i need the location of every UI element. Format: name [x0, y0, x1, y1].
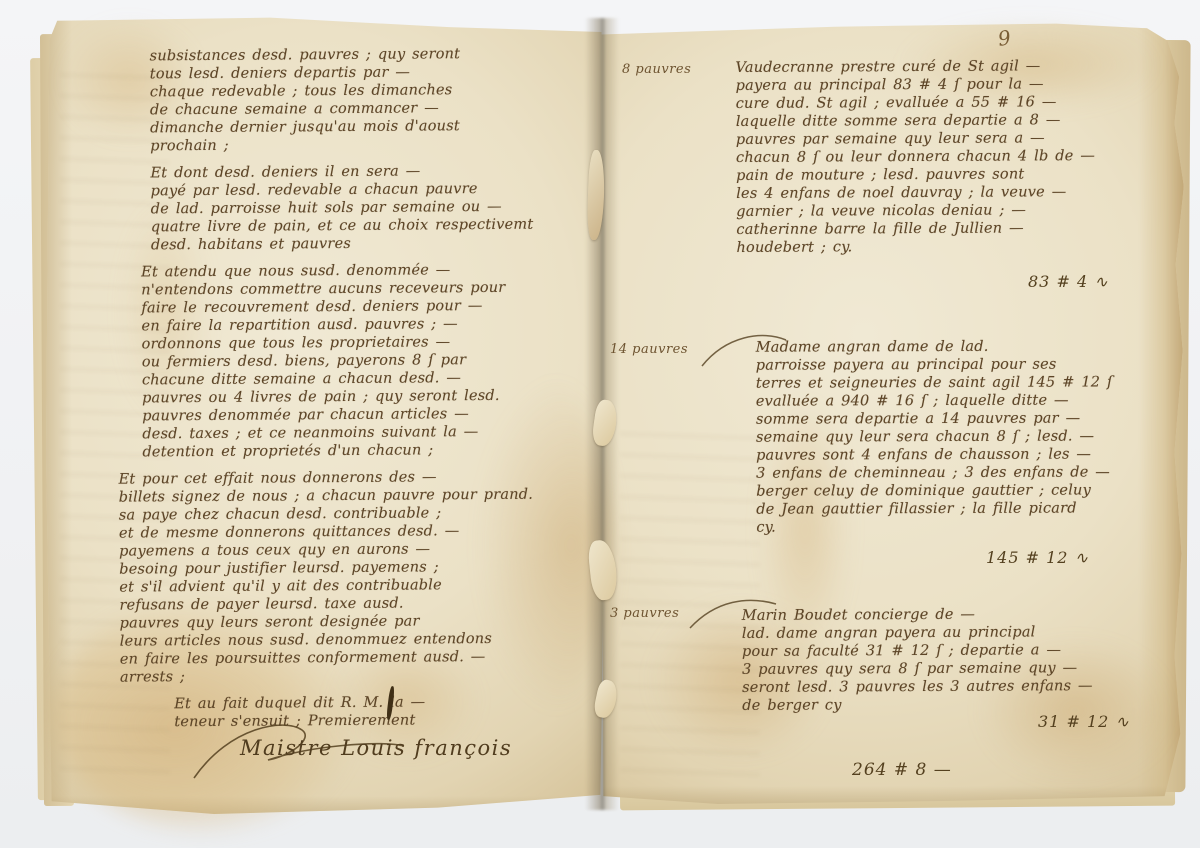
folio-number: 9 [996, 25, 1012, 51]
manuscript-line: catherinne barre la fille de Jullien — [736, 219, 1095, 239]
page-total-amount: 264 # 8 — [852, 760, 952, 780]
manuscript-line: somme sera departie a 14 pauvres par — [756, 409, 1113, 428]
manuscript-line: evalluée a 940 # 16 ſ ; laquelle ditte — [756, 391, 1113, 410]
manuscript-line: 3 pauvres quy sera 8 ſ par semaine quy — [742, 659, 1093, 679]
manuscript-line: Vaudecranne prestre curé de St agil — [735, 57, 1094, 77]
entry-body: Madame angran dame de lad.parroisse paye… [756, 337, 1113, 536]
manuscript-line: arrests ; [120, 666, 537, 687]
manuscript-line: berger celuy de dominique gauttier ; cel… [756, 481, 1113, 500]
manuscript-line: lad. dame angran payera au principal [742, 623, 1093, 643]
manuscript-line: desd. habitans et pauvres [151, 234, 534, 255]
manuscript-line: desd. taxes ; et ce neanmoins suivant la… [142, 423, 535, 444]
manuscript-line: de Jean gauttier fillassier ; la fille p… [756, 499, 1113, 518]
paragraph: subsistances desd. pauvres ; quy serontt… [150, 45, 533, 156]
manuscript-line: Marin Boudet concierge de — [742, 605, 1093, 625]
paragraph: Et pour cet effait nous donnerons des —b… [119, 468, 537, 687]
manuscript-line: laquelle ditte somme sera departie a 8 — [736, 111, 1095, 131]
manuscript-line: faire le recouvrement desd. deniers pour… [141, 297, 534, 318]
manuscript-line: pauvres sont 4 enfans de chausson ; les … [756, 445, 1113, 464]
margin-note-pauvres-count: 14 pauvres [610, 342, 688, 357]
manuscript-line: garnier ; la veuve nicolas deniau ; — [736, 201, 1095, 221]
manuscript-line: pain de mouture ; lesd. pauvres sont [736, 165, 1095, 185]
manuscript-line: semaine quy leur sera chacun 8 ſ ; lesd.… [756, 427, 1113, 446]
margin-note-pauvres-count: 3 pauvres [610, 606, 679, 621]
register-entry: Marin Boudet concierge de —lad. dame ang… [742, 605, 1093, 715]
manuscript-line: terres et seigneuries de saint agil 145 … [756, 373, 1113, 392]
manuscript-line: parroisse payera au principal pour ses [756, 355, 1113, 374]
entry-body: Marin Boudet concierge de —lad. dame ang… [742, 605, 1093, 715]
manuscript-line: quatre livre de pain, et ce au choix res… [151, 216, 534, 237]
manuscript-line: en faire les poursuittes conformement au… [120, 648, 537, 669]
manuscript-line: 3 enfans de cheminneau ; 3 des enfans de… [756, 463, 1113, 482]
manuscript-line: cy. [756, 517, 1113, 536]
manuscript-line: pauvres ou 4 livres de pain ; quy seront… [142, 387, 535, 408]
entry-body: Vaudecranne prestre curé de St agil —pay… [735, 57, 1095, 257]
manuscript-line: les 4 enfans de noel dauvray ; la veuve … [736, 183, 1095, 203]
manuscript-line: pour sa faculté 31 # 12 ſ ; departie a — [742, 641, 1093, 661]
manuscript-line: seront lesd. 3 pauvres les 3 autres enfa… [742, 677, 1093, 697]
manuscript-line: Madame angran dame de lad. [756, 337, 1113, 356]
register-entry: Madame angran dame de lad.parroisse paye… [756, 337, 1113, 536]
manuscript-line: payera au principal 83 # 4 ſ pour la — [736, 75, 1095, 95]
manuscript-line: billets signez de nous ; a chacun pauvre… [119, 486, 536, 507]
paragraph: Et atendu que nous susd. denommée —n'ent… [141, 261, 535, 462]
margin-note-pauvres-count: 8 pauvres [622, 62, 691, 77]
page-edge-shading [46, 16, 72, 814]
entry-amount: 31 # 12 ∿ [1038, 712, 1130, 731]
manuscript-line: chacun 8 ſ ou leur donnera chacun 4 lb d… [736, 147, 1095, 167]
manuscript-line: cure dud. St agil ; evalluée a 55 # 16 — [736, 93, 1095, 113]
manuscript-line: detention et proprietés d'un chacun ; [142, 441, 535, 462]
entry-amount: 83 # 4 ∿ [1028, 272, 1109, 291]
signature: Maistre Louis françois [240, 736, 512, 760]
manuscript-line: prochain ; [150, 135, 533, 156]
register-entry: Vaudecranne prestre curé de St agil —pay… [735, 57, 1095, 257]
paragraph: Et dont desd. deniers il en sera —payé p… [150, 162, 533, 255]
manuscript-line: houdebert ; cy. [736, 237, 1095, 257]
left-page-text-block: subsistances desd. pauvres ; quy serontt… [150, 45, 537, 741]
manuscript-line: pauvres par semaine quy leur sera a — [736, 129, 1095, 149]
entry-amount: 145 # 12 ∿ [986, 548, 1089, 567]
